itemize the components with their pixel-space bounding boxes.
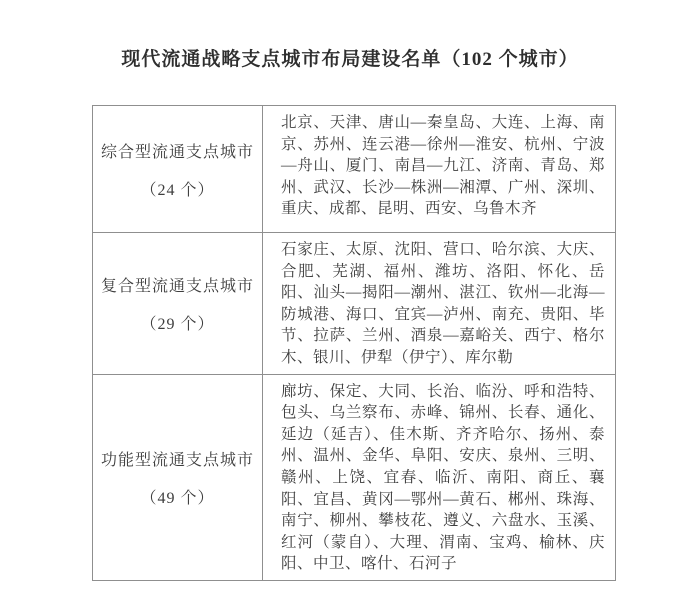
category-count: （49 个） [93,485,262,508]
table-row-comprehensive: 综合型流通支点城市 （24 个） 北京、天津、唐山—秦皇岛、大连、上海、南京、苏… [93,106,616,233]
category-cell: 复合型流通支点城市 （29 个） [93,233,263,375]
table-row-functional: 功能型流通支点城市 （49 个） 廊坊、保定、大同、长治、临汾、呼和浩特、包头、… [93,374,616,580]
table-row-composite: 复合型流通支点城市 （29 个） 石家庄、太原、沈阳、营口、哈尔滨、大庆、合肥、… [93,233,616,375]
category-name: 综合型流通支点城市 [93,139,262,162]
document-page: 现代流通战略支点城市布局建设名单（102 个城市） 综合型流通支点城市 （24 … [0,0,700,616]
category-count: （29 个） [93,311,262,334]
cities-cell: 石家庄、太原、沈阳、营口、哈尔滨、大庆、合肥、芜湖、福州、潍坊、洛阳、怀化、岳阳… [263,233,616,375]
category-cell: 综合型流通支点城市 （24 个） [93,106,263,233]
category-name: 功能型流通支点城市 [93,447,262,470]
category-cell: 功能型流通支点城市 （49 个） [93,374,263,580]
city-list-table: 综合型流通支点城市 （24 个） 北京、天津、唐山—秦皇岛、大连、上海、南京、苏… [92,105,616,581]
cities-cell: 北京、天津、唐山—秦皇岛、大连、上海、南京、苏州、连云港—徐州—淮安、杭州、宁波… [263,106,616,233]
document-title: 现代流通战略支点城市布局建设名单（102 个城市） [0,44,700,71]
category-count: （24 个） [93,177,262,200]
cities-cell: 廊坊、保定、大同、长治、临汾、呼和浩特、包头、乌兰察布、赤峰、锦州、长春、通化、… [263,374,616,580]
category-name: 复合型流通支点城市 [93,273,262,296]
